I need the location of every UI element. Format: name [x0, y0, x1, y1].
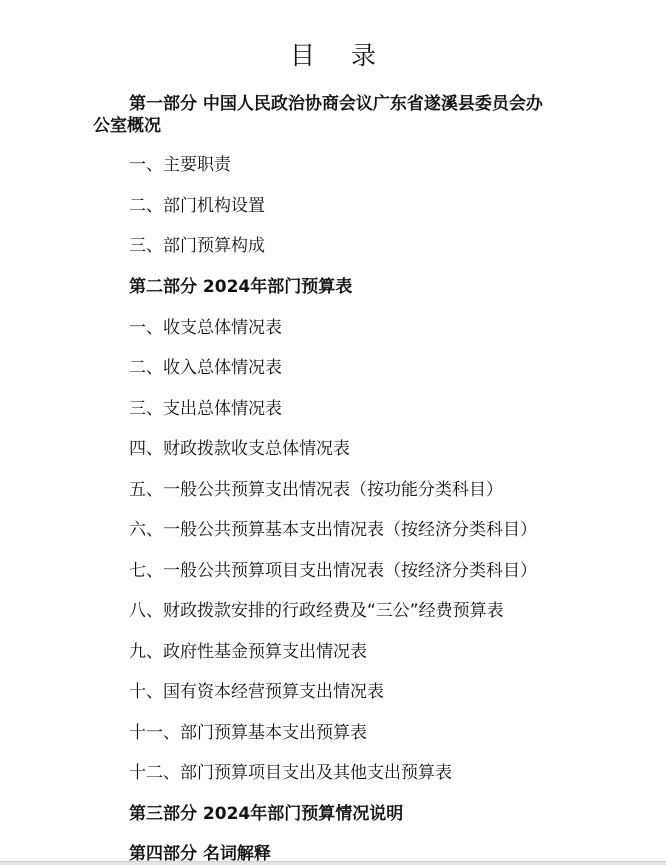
toc-item: 十二、部门预算项目支出及其他支出预算表 — [129, 762, 452, 784]
toc-item: 十一、部门预算基本支出预算表 — [129, 722, 367, 744]
part1-heading-line1: 第一部分 中国人民政治协商会议广东省遂溪县委员会办 — [129, 93, 543, 115]
part2-heading: 第二部分 2024年部门预算表 — [129, 276, 352, 298]
toc-item: 九、政府性基金预算支出情况表 — [129, 641, 367, 663]
page-title: 目 录 — [0, 36, 666, 72]
toc-item: 一、主要职责 — [129, 154, 231, 176]
toc-item: 三、部门预算构成 — [129, 235, 265, 257]
toc-item: 二、部门机构设置 — [129, 195, 265, 217]
toc-item: 四、财政拨款收支总体情况表 — [129, 438, 350, 460]
part3-heading: 第三部分 2024年部门预算情况说明 — [129, 803, 403, 825]
toc-item: 二、收入总体情况表 — [129, 357, 282, 379]
toc-item: 三、支出总体情况表 — [129, 398, 282, 420]
page-bottom-edge — [0, 861, 666, 865]
toc-item: 一、收支总体情况表 — [129, 317, 282, 339]
toc-item: 五、一般公共预算支出情况表（按功能分类科目） — [129, 479, 503, 501]
toc-item: 十、国有资本经营预算支出情况表 — [129, 681, 384, 703]
toc-item: 八、财政拨款安排的行政经费及“三公”经费预算表 — [129, 600, 504, 622]
part1-heading-line2: 公室概况 — [93, 115, 161, 137]
toc-item: 六、一般公共预算基本支出情况表（按经济分类科目） — [129, 519, 537, 541]
toc-item: 七、一般公共预算项目支出情况表（按经济分类科目） — [129, 560, 537, 582]
